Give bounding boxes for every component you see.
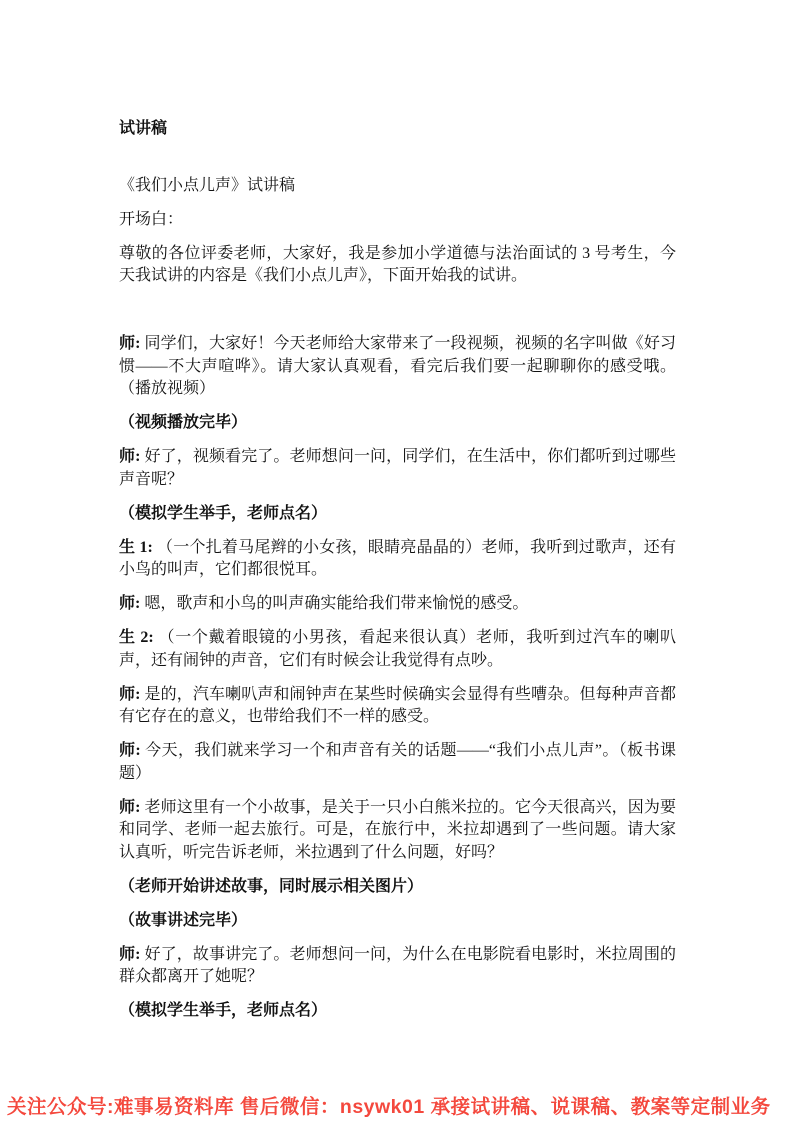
promo-banner-text: 关注公众号:难事易资料库 售后微信：nsywk01 承接试讲稿、说课稿、教案等定… — [7, 1096, 771, 1118]
stage-direction: （模拟学生举手，老师点名） — [119, 1000, 676, 1023]
paragraph: 尊敬的各位评委老师，大家好，我是参加小学道德与法治面试的 3 号考生，今天我试讲… — [119, 243, 676, 288]
speaker-label: 师: — [119, 448, 140, 465]
paragraph-text: （模拟学生举手，老师点名） — [119, 1002, 327, 1019]
speaker-label: 生 1: — [119, 539, 153, 556]
paragraph-text: 是的，汽车喇叭声和闹钟声在某些时候确实会显得有些嘈杂。但每种声音都有它存在的意义… — [119, 686, 676, 726]
dialogue-paragraph: 师: 嗯，歌声和小鸟的叫声确实能给我们带来愉悦的感受。 — [119, 593, 676, 616]
promo-banner: 关注公众号:难事易资料库 售后微信：nsywk01 承接试讲稿、说课稿、教案等定… — [0, 1095, 793, 1119]
speaker-label: 师: — [119, 335, 140, 352]
dialogue-paragraph: 师: 今天，我们就来学习一个和声音有关的话题——“我们小点儿声”。（板书课题） — [119, 740, 676, 785]
paragraph: 《我们小点儿声》试讲稿 — [119, 175, 676, 198]
stage-direction: （视频播放完毕） — [119, 412, 676, 435]
blank-line — [119, 299, 676, 322]
paragraph-text: 老师这里有一个小故事，是关于一只小白熊米拉的。它今天很高兴，因为要和同学、老师一… — [119, 799, 676, 861]
paragraph-text: （故事讲述完毕） — [119, 912, 247, 929]
speaker-label: 师: — [119, 799, 140, 816]
paragraph-text: （老师开始讲述故事，同时展示相关图片） — [119, 878, 423, 895]
speaker-label: 师: — [119, 686, 140, 703]
dialogue-paragraph: 生 1: （一个扎着马尾辫的小女孩，眼睛亮晶晶的）老师，我听到过歌声，还有小鸟的… — [119, 537, 676, 582]
stage-direction: （模拟学生举手，老师点名） — [119, 503, 676, 526]
paragraph-text: 好了，视频看完了。老师想问一问，同学们，在生活中，你们都听到过哪些声音呢？ — [119, 448, 676, 488]
dialogue-paragraph: 师: 好了，视频看完了。老师想问一问，同学们，在生活中，你们都听到过哪些声音呢？ — [119, 446, 676, 491]
paragraph-text: 《我们小点儿声》试讲稿 — [119, 177, 295, 194]
paragraph-text: 尊敬的各位评委老师，大家好，我是参加小学道德与法治面试的 3 号考生，今天我试讲… — [119, 245, 676, 285]
speaker-label: 师: — [119, 595, 140, 612]
dialogue-paragraph: 师: 老师这里有一个小故事，是关于一只小白熊米拉的。它今天很高兴，因为要和同学、… — [119, 797, 676, 865]
document-page: 试讲稿 《我们小点儿声》试讲稿开场白：尊敬的各位评委老师，大家好，我是参加小学道… — [119, 118, 676, 1034]
document-body: 《我们小点儿声》试讲稿开场白：尊敬的各位评委老师，大家好，我是参加小学道德与法治… — [119, 175, 676, 1023]
paragraph-text: 今天，我们就来学习一个和声音有关的话题——“我们小点儿声”。（板书课题） — [119, 742, 676, 782]
paragraph-text: 同学们，大家好！今天老师给大家带来了一段视频，视频的名字叫做《好习惯——不大声喧… — [119, 335, 676, 397]
paragraph-text: 嗯，歌声和小鸟的叫声确实能给我们带来愉悦的感受。 — [144, 595, 528, 612]
dialogue-paragraph: 师: 同学们，大家好！今天老师给大家带来了一段视频，视频的名字叫做《好习惯——不… — [119, 333, 676, 401]
paragraph-text: （一个戴着眼镜的小男孩，看起来很认真）老师，我听到过汽车的喇叭声，还有闹钟的声音… — [119, 629, 676, 669]
speaker-label: 生 2: — [119, 629, 154, 646]
stage-direction: （故事讲述完毕） — [119, 910, 676, 933]
dialogue-paragraph: 生 2: （一个戴着眼镜的小男孩，看起来很认真）老师，我听到过汽车的喇叭声，还有… — [119, 627, 676, 672]
document-title: 试讲稿 — [119, 118, 676, 141]
dialogue-paragraph: 师: 是的，汽车喇叭声和闹钟声在某些时候确实会显得有些嘈杂。但每种声音都有它存在… — [119, 684, 676, 729]
paragraph-text: 开场白： — [119, 211, 183, 228]
dialogue-paragraph: 师: 好了，故事讲完了。老师想问一问，为什么在电影院看电影时，米拉周围的群众都离… — [119, 944, 676, 989]
paragraph: 开场白： — [119, 209, 676, 232]
paragraph-text: 好了，故事讲完了。老师想问一问，为什么在电影院看电影时，米拉周围的群众都离开了她… — [119, 946, 676, 986]
speaker-label: 师: — [119, 946, 140, 963]
paragraph-text: （模拟学生举手，老师点名） — [119, 505, 327, 522]
paragraph-text: （视频播放完毕） — [119, 414, 247, 431]
paragraph-text: （一个扎着马尾辫的小女孩，眼睛亮晶晶的）老师，我听到过歌声，还有小鸟的叫声，它们… — [119, 539, 676, 579]
speaker-label: 师: — [119, 742, 141, 759]
stage-direction: （老师开始讲述故事，同时展示相关图片） — [119, 876, 676, 899]
